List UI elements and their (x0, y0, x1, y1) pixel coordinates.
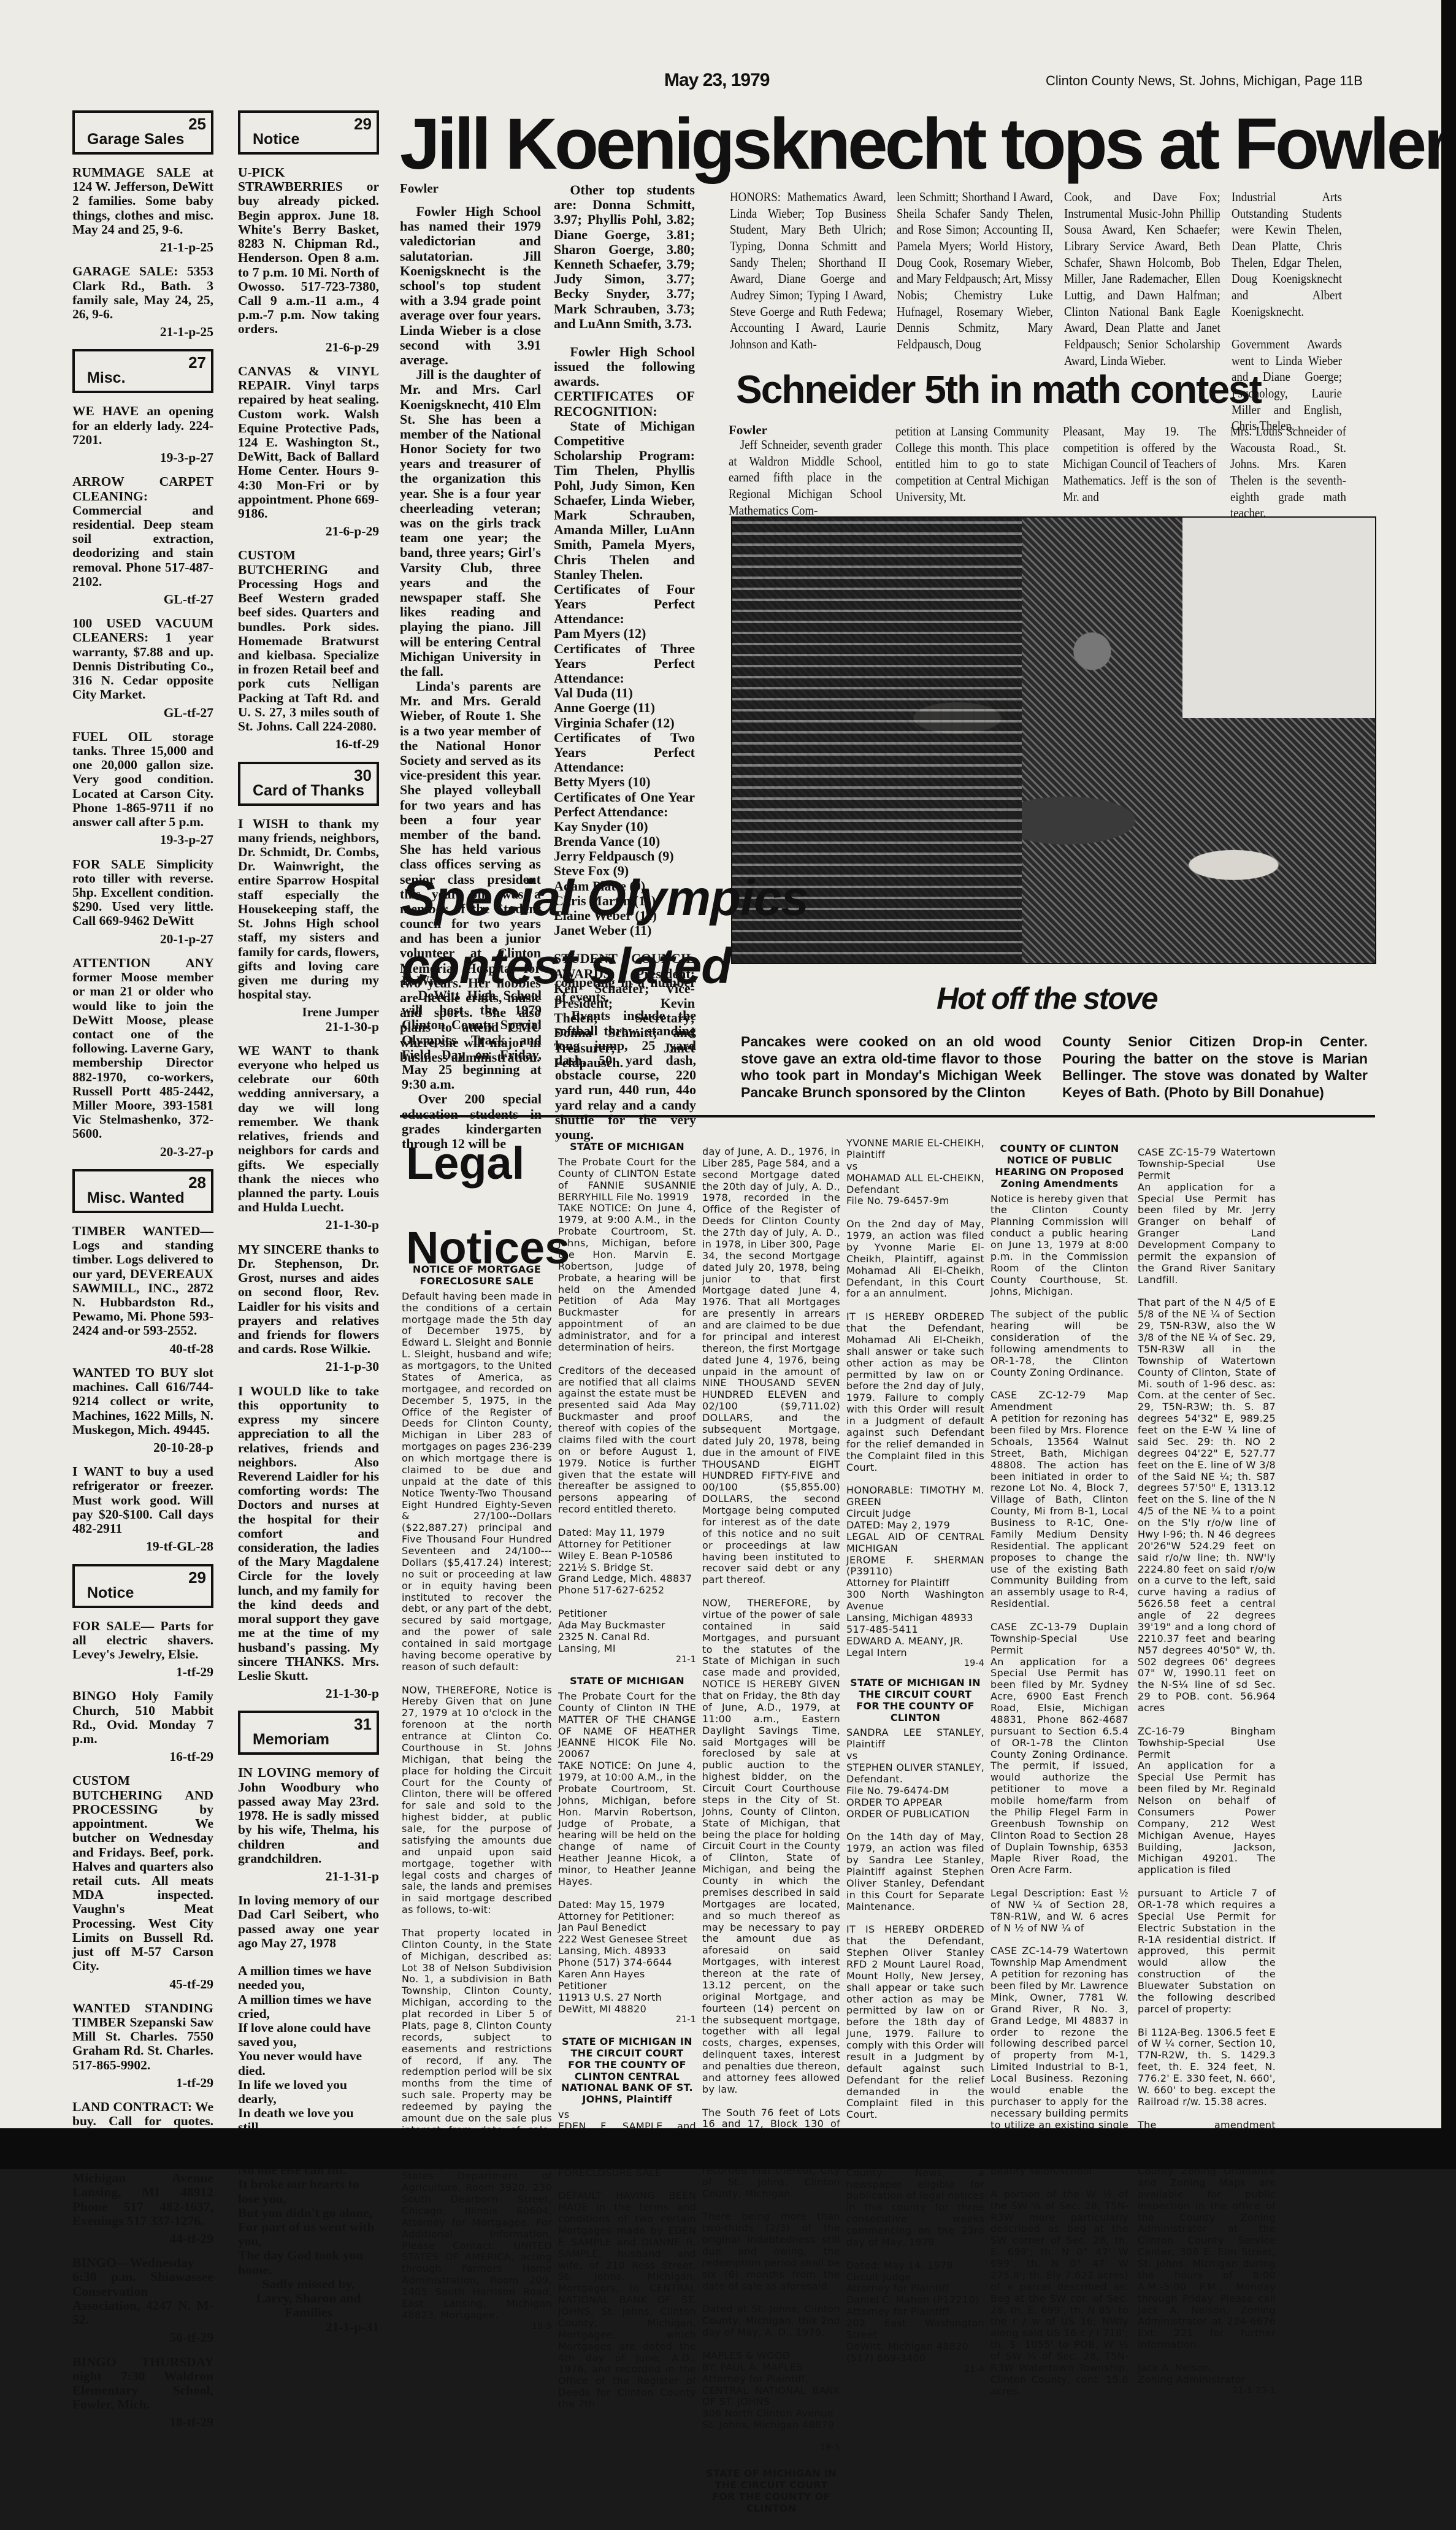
ad-code: 1-tf-29 (72, 2076, 213, 2090)
ad-text: U-PICK STRAWBERRIES or buy already picke… (238, 166, 379, 337)
honors-col-3: Cook, and Dave Fox; Instrumental Music-J… (1064, 189, 1220, 369)
ad-text: FOR SALE Simplicity roto tiller with rev… (72, 857, 213, 929)
attendance-heading: Certificates of Three Years Perfect Atte… (554, 642, 695, 686)
headline-hot-off-the-stove: Hot off the stove (937, 981, 1157, 1016)
other-top-students: Other top students are: Donna Schmitt, 3… (554, 183, 695, 331)
ad-text: IN LOVING memory of John Woodbury who pa… (238, 1766, 379, 1866)
classified-ad: CUSTOM BUTCHERING and Processing Hogs an… (238, 548, 379, 751)
newspaper-page: May 23, 1979 Clinton County News, St. Jo… (0, 0, 1441, 2128)
headline-schneider: Schneider 5th in math contest (736, 368, 1261, 412)
schneider-col-3: Pleasant, May 19. The competition is off… (1063, 423, 1216, 505)
ad-text: MY SINCERE thanks to Dr. Stephenson, Dr.… (238, 1243, 379, 1357)
ad-text: 100 USED VACUUM CLEANERS: 1 year warrant… (72, 616, 213, 702)
ad-lead: BINGO (72, 1689, 117, 1703)
ad-code: 16-tf-29 (238, 737, 379, 751)
notice-title: STATE OF MICHIGAN (558, 1676, 696, 1687)
classified-ad: WE HAVE an opening for an elderly lady. … (72, 404, 213, 465)
section-label: Misc. Wanted (87, 1190, 185, 1206)
section-number: 30 (354, 767, 372, 784)
paragraph: Events include the softball throw, stand… (555, 1008, 696, 1142)
ad-code: 21-1-p-25 (72, 240, 213, 255)
ad-text: WE HAVE an opening for an elderly lady. … (72, 404, 213, 447)
classified-ad: I WANT to buy a used refrigerator or fre… (72, 1465, 213, 1554)
ad-body: —Logs and standing timber. Logs delivere… (72, 1224, 213, 1338)
notice-title: STATE OF MICHIGAN IN THE CIRCUIT COURT F… (558, 2036, 696, 2106)
ad-body: storage tanks. Three 15,000 and one 20,0… (72, 729, 213, 829)
ad-lead: FOR SALE (72, 857, 145, 872)
ad-body: or buy already picked. Begin approx. Jun… (238, 179, 379, 336)
ad-body: and Processing Hogs and Beef Western gra… (238, 562, 379, 734)
issue-date: May 23, 1979 (664, 70, 769, 91)
classified-ad: I WISH to thank my many friends, neighbo… (238, 817, 379, 1034)
ad-body: to thank everyone who helped us celebrat… (238, 1043, 379, 1214)
ad-lead: RUMMAGE SALE (72, 165, 191, 180)
ad-text: WANTED TO BUY slot machines. Call 616/74… (72, 1366, 213, 1437)
classified-ad: CANVAS & VINYL REPAIR. Vinyl tarps repai… (238, 364, 379, 539)
section-label: Notice (87, 1585, 134, 1601)
ad-code: 20-10-28-p (72, 1441, 213, 1455)
section-number: 29 (354, 115, 372, 132)
notice-body: YVONNE MARIE EL-CHEIKH, Plaintiff vs MOH… (846, 1138, 984, 1658)
ad-code: 21-1-30-p (238, 1687, 379, 1701)
ad-lead: ATTENTION ANY (72, 956, 213, 970)
ad-lead: FUEL OIL (72, 729, 151, 744)
ad-code: 19-3-p-27 (72, 451, 213, 465)
classified-ad: FOR SALE— Parts for all electric shavers… (72, 1619, 213, 1680)
ad-text: BINGO Holy Family Church, 510 Mabbit Rd.… (72, 1689, 213, 1746)
ad-lead: MY SINCERE (238, 1242, 322, 1257)
heading-line-1: Legal (406, 1141, 570, 1186)
ad-text: FOR SALE— Parts for all electric shavers… (72, 1619, 213, 1662)
paragraph: Fowler High School has named their 1979 … (400, 204, 541, 367)
classified-ad: U-PICK STRAWBERRIES or buy already picke… (238, 166, 379, 355)
attendance-name: Anne Goerge (11) (554, 700, 695, 715)
ad-lead: IN LOVING (238, 1765, 311, 1780)
schneider-col-2: petition at Lansing Community College th… (895, 423, 1049, 505)
ad-body: Vinyl tarps repaired by heat sealing. Cu… (238, 378, 379, 521)
ad-text: RUMMAGE SALE at 124 W. Jefferson, DeWitt… (72, 166, 213, 237)
ad-text: I WANT to buy a used refrigerator or fre… (72, 1465, 213, 1536)
scan-border-bottom (0, 2128, 1456, 2169)
ad-code: 20-3-27-p (72, 1145, 213, 1159)
legal-zoning-hearing: COUNTY OF CLINTON NOTICE OF PUBLIC HEARI… (990, 1140, 1128, 2169)
ad-text: TIMBER WANTED—Logs and standing timber. … (72, 1224, 213, 1338)
ad-lead: U-PICK STRAWBERRIES (238, 165, 343, 194)
poem-line: You never would have died. (238, 2049, 379, 2077)
classified-ad: WANTED STANDING TIMBER Szepanski Saw Mil… (72, 2001, 213, 2090)
honors-col-2: leen Schmitt; Shorthand I Award, Sheila … (897, 189, 1053, 353)
attendance-name: Jerry Feldpausch (9) (554, 849, 695, 864)
attendance-heading: Certificates of Two Years Perfect Attend… (554, 730, 695, 775)
ad-lead: TIMBER WANTED (72, 1224, 201, 1238)
ad-code: 21-1-30-p (238, 1218, 379, 1232)
attendance-name: Pam Myers (12) (554, 626, 695, 641)
legal-probate-berryhill: STATE OF MICHIGAN The Probate Court for … (558, 1138, 696, 2169)
notice-body: CASE ZC-15-79 Watertown Township-Special… (1138, 1147, 1276, 2169)
ad-text: WE WANT to thank everyone who helped us … (238, 1044, 379, 1215)
ad-text: ATTENTION ANY former Moose member or man… (72, 956, 213, 1141)
section-number: 25 (188, 115, 206, 132)
ad-lead: LAND CONTRACT: (72, 2099, 192, 2114)
scholarship-program: State of Michigan Competitive Scholarshi… (554, 419, 695, 582)
ad-lead: ARROW CARPET CLEANING: (72, 474, 213, 503)
paragraph: Jill is the daughter of Mr. and Mrs. Car… (400, 367, 541, 679)
ad-body: like to take this opportunity to express… (238, 1384, 379, 1683)
notice-code: 19-4 (846, 1658, 984, 1669)
section-number: 31 (354, 1715, 372, 1733)
section-box-memoriam: 31 Memoriam (238, 1711, 379, 1755)
ad-body: memory of John Woodbury who passed away … (238, 1765, 379, 1865)
classified-ad: ARROW CARPET CLEANING: Commercial and re… (72, 475, 213, 607)
ad-body: Commercial and residential. Deep steam s… (72, 503, 213, 589)
attendance-heading: Certificates of One Year Perfect Attenda… (554, 790, 695, 819)
ad-code: GL-tf-27 (72, 706, 213, 720)
headline-line-1: Special Olympics (402, 865, 808, 933)
ad-lead: CUSTOM BUTCHERING (238, 548, 328, 577)
notice-body: SANDRA LEE STANLEY, Plaintiff vs STEPHEN… (846, 1727, 984, 2169)
ad-lead: FOR SALE (72, 1619, 141, 1633)
ad-text: CUSTOM BUTCHERING AND PROCESSING by appo… (72, 1774, 213, 1973)
classified-ad: WANTED TO BUY slot machines. Call 616/74… (72, 1366, 213, 1455)
attendance-name: Val Duda (11) (554, 686, 695, 700)
photo-pancake-brunch (731, 516, 1376, 964)
ad-code: 21-6-p-29 (238, 524, 379, 539)
classified-ad: WE WANT to thank everyone who helped us … (238, 1044, 379, 1233)
ad-code: 21-1-31-p (238, 1869, 379, 1884)
honors-col-1: HONORS: Mathematics Award, Linda Wieber;… (730, 189, 886, 353)
classifieds-column-2: 29 Notice U-PICK STRAWBERRIES or buy alr… (238, 102, 379, 2169)
legal-mortgage-continued: day of June, A. D., 1976, in Liber 285, … (702, 1135, 840, 2169)
ad-lead: I WANT (72, 1464, 123, 1479)
classified-ad: BINGO Holy Family Church, 510 Mabbit Rd.… (72, 1689, 213, 1764)
ad-lead: WE HAVE (72, 404, 139, 418)
section-label: Notice (253, 131, 299, 148)
section-box-card-of-thanks: 30 Card of Thanks (238, 762, 379, 806)
classified-ad: RUMMAGE SALE at 124 W. Jefferson, DeWitt… (72, 166, 213, 255)
notice-body: Notice is hereby given that the Clinton … (990, 1194, 1128, 2169)
ad-body: to thank my many friends, neighbors, Dr.… (238, 816, 379, 1002)
notice-code: 21-1 (558, 2015, 696, 2025)
notice-code: 21-1 (558, 1655, 696, 1665)
ad-text: I WOULD like to take this opportunity to… (238, 1384, 379, 1684)
section-box-misc-wanted: 28 Misc. Wanted (72, 1169, 213, 1213)
attendance-name: Virginia Schafer (12) (554, 716, 695, 730)
article-olympics-col1: DeWitt DeWitt High School will host the … (402, 974, 542, 1151)
notice-body: The Probate Court for the County of CLIN… (558, 1157, 696, 1655)
poem-line: A million times we have needed you, (238, 1964, 379, 1992)
headline-jill-koenigsknecht: Jill Koenigsknecht tops at Fowler (400, 108, 1449, 180)
attendance-name: Betty Myers (10) (554, 775, 695, 789)
photo-caption-right: County Senior Citizen Drop-in Center. Po… (1062, 1033, 1368, 1101)
dateline: Fowler (729, 423, 767, 438)
classifieds-column-1: 25 Garage Sales RUMMAGE SALE at 124 W. J… (72, 102, 213, 2169)
notice-title: NOTICE OF MORTGAGE FORECLOSURE SALE (402, 1264, 552, 1287)
notice-title: COUNTY OF CLINTON NOTICE OF PUBLIC HEARI… (990, 1143, 1128, 1190)
poem-line: In life we loved you dearly, (238, 2078, 379, 2106)
ad-body: thanks to Dr. Stephenson, Dr. Grost, nur… (238, 1242, 379, 1357)
ad-text: I WISH to thank my many friends, neighbo… (238, 817, 379, 1002)
classified-ad: I WOULD like to take this opportunity to… (238, 1384, 379, 1701)
dateline: DeWitt (402, 974, 542, 988)
ad-code: 1-tf-29 (72, 1665, 213, 1679)
classified-ad: IN LOVING memory of John Woodbury who pa… (238, 1766, 379, 1884)
ad-lead: WANTED TO BUY (72, 1365, 188, 1380)
ad-text: CANVAS & VINYL REPAIR. Vinyl tarps repai… (238, 364, 379, 521)
attendance-name: Kay Snyder (10) (554, 819, 695, 834)
ad-code: 21-1-p-25 (72, 325, 213, 339)
section-label: Card of Thanks (253, 783, 364, 799)
ad-code: 21-1-p-30 (238, 1360, 379, 1374)
ad-text: GARAGE SALE: 5353 Clark Rd., Bath. 3 fam… (72, 264, 213, 321)
ad-code: 45-tf-29 (72, 1977, 213, 1991)
section-number: 27 (188, 354, 206, 371)
classified-ad: CUSTOM BUTCHERING AND PROCESSING by appo… (72, 1774, 213, 1991)
attendance-name: Brenda Vance (10) (554, 834, 695, 849)
photo-background (1182, 518, 1375, 718)
notice-title: STATE OF MICHIGAN IN THE CIRCUIT COURT F… (846, 1677, 984, 1724)
section-box-misc: 27 Misc. (72, 349, 213, 393)
classified-ad: FOR SALE Simplicity roto tiller with rev… (72, 857, 213, 946)
ad-code: 40-tf-28 (72, 1342, 213, 1356)
section-label: Memoriam (253, 1731, 329, 1748)
scan-border-right (1441, 0, 1456, 2169)
legal-zoning-cases: CASE ZC-15-79 Watertown Township-Special… (1138, 1147, 1276, 2169)
section-box-garage-sales: 25 Garage Sales (72, 110, 213, 155)
ad-code: GL-tf-27 (72, 592, 213, 607)
ad-code: 21-6-p-29 (238, 340, 379, 355)
classified-ad: ATTENTION ANY former Moose member or man… (72, 956, 213, 1159)
dateline: Fowler (400, 182, 541, 196)
ad-signer: Irene Jumper (238, 1005, 379, 1019)
photo-caption-left: Pancakes were cooked on an old wood stov… (741, 1033, 1041, 1101)
attendance-heading: Certificates of Four Years Perfect Atten… (554, 582, 695, 627)
notice-body: The Probate Court for the County of Clin… (558, 1691, 696, 2015)
section-number: 29 (188, 1569, 206, 1586)
poem-line: A million times we have cried, (238, 1993, 379, 2021)
paper-masthead: Clinton County News, St. Johns, Michigan… (1046, 74, 1363, 89)
ad-lead: GARAGE SALE: (72, 264, 178, 278)
ad-body: former Moose member or man 21 or older w… (72, 970, 213, 1141)
ad-code: 20-1-p-27 (72, 932, 213, 946)
ad-code: 21-1-30-p (238, 1020, 379, 1034)
classified-ad: FUEL OIL storage tanks. Three 15,000 and… (72, 730, 213, 848)
ad-text: WANTED STANDING TIMBER Szepanski Saw Mil… (72, 2001, 213, 2072)
classified-ad: TIMBER WANTED—Logs and standing timber. … (72, 1224, 213, 1356)
paragraph: DeWitt High School will host the 1979 Cl… (402, 988, 542, 1092)
ad-code: 19-tf-GL-28 (72, 1539, 213, 1554)
awards-intro: Fowler High School issued the following … (554, 345, 695, 419)
section-label: Garage Sales (87, 131, 184, 148)
notice-body: day of June, A. D., 1976, in Liber 285, … (702, 1146, 840, 2169)
section-divider (400, 1115, 1375, 1117)
ad-text: FUEL OIL storage tanks. Three 15,000 and… (72, 730, 213, 830)
section-label: Misc. (87, 370, 126, 386)
ad-text: ARROW CARPET CLEANING: Commercial and re… (72, 475, 213, 589)
ad-lead: I WISH (238, 816, 288, 831)
classified-ad: 100 USED VACUUM CLEANERS: 1 year warrant… (72, 616, 213, 720)
notice-title: STATE OF MICHIGAN (558, 1141, 696, 1153)
classified-ad: GARAGE SALE: 5353 Clark Rd., Bath. 3 fam… (72, 264, 213, 339)
ad-lead: I WOULD (238, 1384, 302, 1398)
section-box-notice: 29 Notice (72, 1564, 213, 1608)
ad-code: 19-3-p-27 (72, 833, 213, 847)
ad-text: CUSTOM BUTCHERING and Processing Hogs an… (238, 548, 379, 734)
poem-line: If love alone could have saved you, (238, 2021, 379, 2049)
ad-code: 16-tf-29 (72, 1750, 213, 1764)
paragraph: competing in a number of events. (555, 975, 696, 1005)
schneider-col-4: Mrs. Louis Schneider of Wacousta Road., … (1230, 423, 1346, 521)
legal-mortgage-foreclosure: NOTICE OF MORTGAGE FORECLOSURE SALE Defa… (402, 1260, 552, 2169)
schneider-col-1: Jeff Schneider, seventh grader at Waldro… (729, 437, 882, 518)
ad-lead: WE WANT (238, 1043, 311, 1058)
classified-ad: MY SINCERE thanks to Dr. Stephenson, Dr.… (238, 1243, 379, 1374)
memoriam-poem-intro: In loving memory of our Dad Carl Seibert… (238, 1893, 379, 1950)
section-number: 28 (188, 1174, 206, 1191)
legal-elcheikh: YVONNE MARIE EL-CHEIKH, Plaintiff vs MOH… (846, 1138, 984, 2169)
legal-notices-heading: Legal Notices (406, 1141, 570, 1271)
ad-body: by appointment. We butcher on Wednesday … (72, 1802, 213, 1973)
section-box-notice: 29 Notice (238, 110, 379, 155)
notice-body: Default having been made in the conditio… (402, 1291, 552, 2169)
